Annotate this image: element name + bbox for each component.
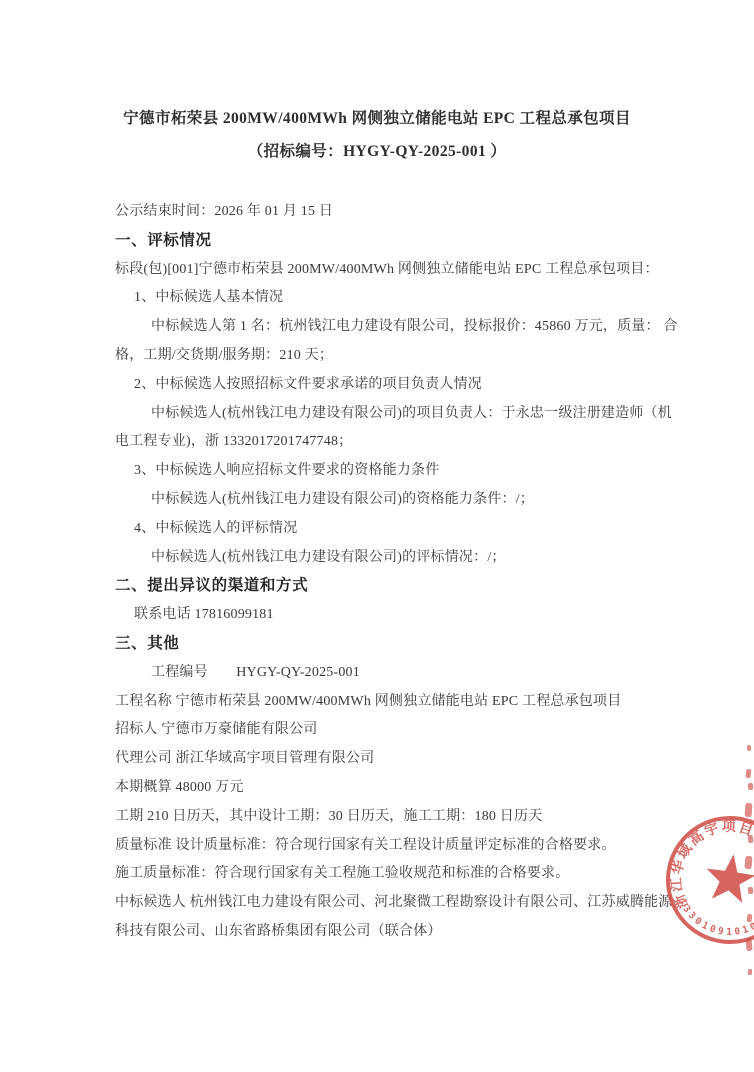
doc-line: 2、中标候选人按照招标文件要求承诺的项目负责人情况 [115, 371, 647, 400]
doc-line: 中标候选人(杭州钱江电力建设有限公司)的项目负责人：于永忠一级注册建造师（机 [115, 400, 647, 429]
doc-line: 科技有限公司、山东省路桥集团有限公司（联合体） [115, 918, 647, 947]
doc-line: 工期 210 日历天，其中设计工期：30 日历天，施工工期：180 日历天 [115, 803, 647, 832]
doc-line: 格，工期/交货期/服务期：210 天； [115, 342, 647, 371]
svg-text:浙江华域高宇项目管理有限公司: 浙江华域高宇项目管理有限公司 [662, 809, 754, 928]
doc-line: 中标候选人第 1 名：杭州钱江电力建设有限公司，投标报价：45860 万元，质量… [115, 313, 647, 342]
seal-serial-text: 330109101021 [677, 897, 754, 944]
doc-line: 招标人 宁德市万豪储能有限公司 [115, 716, 647, 745]
doc-line: 中标候选人(杭州钱江电力建设有限公司)的资格能力条件：/； [115, 486, 647, 515]
doc-line: 一、评标情况 [115, 227, 647, 256]
seal-ring [660, 810, 754, 950]
doc-line: 工程编号 HYGY-QY-2025-001 [115, 659, 647, 688]
page-title: 宁德市柘荣县 200MW/400MWh 网侧独立储能电站 EPC 工程总承包项目 [0, 102, 754, 135]
doc-line: 中标候选人 杭州钱江电力建设有限公司、河北聚微工程勘察设计有限公司、江苏威腾能源 [115, 889, 647, 918]
doc-line: 三、其他 [115, 630, 647, 659]
doc-line: 工程名称 宁德市柘荣县 200MW/400MWh 网侧独立储能电站 EPC 工程… [115, 688, 647, 717]
tender-number-subtitle: （招标编号：HYGY-QY-2025-001 ） [0, 135, 754, 168]
doc-line: 联系电话 17816099181 [115, 601, 647, 630]
doc-line: 标段(包)[001]宁德市柘荣县 200MW/400MWh 网侧独立储能电站 E… [115, 256, 647, 285]
seal-edge-fragments [744, 745, 753, 975]
doc-line: 3、中标候选人响应招标文件要求的资格能力条件 [115, 457, 647, 486]
doc-line: 公示结束时间：2026 年 01 月 15 日 [115, 198, 647, 227]
doc-line: 质量标准 设计质量标准：符合现行国家有关工程设计质量评定标准的合格要求。 [115, 832, 647, 861]
doc-line: 二、提出异议的渠道和方式 [115, 572, 647, 601]
doc-line: 4、中标候选人的评标情况 [115, 515, 647, 544]
doc-line: 本期概算 48000 万元 [115, 774, 647, 803]
document-title-block: 宁德市柘荣县 200MW/400MWh 网侧独立储能电站 EPC 工程总承包项目… [0, 102, 754, 168]
doc-line: 电工程专业)，浙 1332017201747748； [115, 428, 647, 457]
document-body: 公示结束时间：2026 年 01 月 15 日一、评标情况标段(包)[001]宁… [115, 198, 647, 947]
document-page: 宁德市柘荣县 200MW/400MWh 网侧独立储能电站 EPC 工程总承包项目… [0, 0, 754, 1072]
doc-line: 代理公司 浙江华域高宇项目管理有限公司 [115, 745, 647, 774]
doc-line: 1、中标候选人基本情况 [115, 284, 647, 313]
svg-text:330109101021: 330109101021 [677, 897, 754, 944]
seal-company-text: 浙江华域高宇项目管理有限公司 [662, 809, 754, 928]
star-icon [703, 851, 754, 904]
doc-line: 中标候选人(杭州钱江电力建设有限公司)的评标情况：/； [115, 544, 647, 573]
doc-line: 施工质量标准：符合现行国家有关工程施工验收规范和标准的合格要求。 [115, 860, 647, 889]
